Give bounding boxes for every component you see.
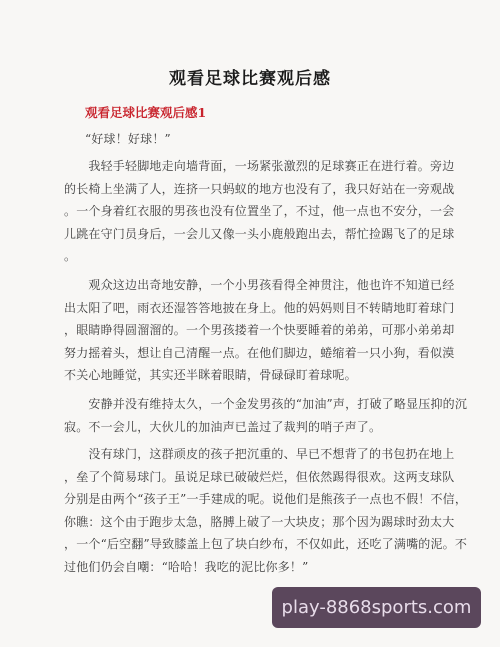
text-line: 的长椅上坐满了人，连挤一只蚂蚁的地方也没有了，我只好站在一旁观战: [64, 178, 441, 201]
text-line: 儿跳在守门员身后，一会儿又像一头小鹿般跑出去，帮忙捡踢飞了的足球: [64, 223, 441, 246]
paragraph-2: 我轻手轻脚地走向墙背面，一场紧张激烈的足球赛正在进行着。旁边 的长椅上坐满了人，…: [64, 155, 441, 268]
text-line: 出太阳了吧，雨衣还湿答答地披在身上。他的妈妈则目不转睛地盯着球门: [64, 297, 441, 320]
watermark-badge: play-8868sports.com: [272, 587, 481, 628]
document-page: 观看足球比赛观后感 观看足球比赛观后感1 “好球！好球！” 我轻手轻脚地走向墙背…: [0, 0, 500, 647]
section-heading: 观看足球比赛观后感1: [85, 103, 206, 121]
text-line: 没有球门，这群顽皮的孩子把沉重的、早已不想背了的书包扔在地上: [64, 443, 441, 466]
text-line: 不关心地睡觉，其实还半眯着眼睛，骨碌碌盯着球呢。: [64, 364, 441, 387]
text-line: 过他们仍会自嘲：“哈哈！我吃的泥比你多！”: [64, 556, 441, 579]
paragraph-5: 没有球门，这群顽皮的孩子把沉重的、早已不想背了的书包扔在地上 ，垒了个简易球门。…: [64, 443, 441, 579]
paragraph-4: 安静并没有维持太久，一个金发男孩的“加油”声，打破了略显压抑的沉 寂。不一会儿，…: [64, 393, 441, 438]
text-line: 寂。不一会儿，大伙儿的加油声已盖过了裁判的哨子声了。: [64, 416, 441, 439]
text-line: ，一个“后空翻”导致膝盖上包了块白纱布，不仅如此，还吃了满嘴的泥。不: [64, 533, 441, 556]
text-line: 观众这边出奇地安静，一个小男孩看得全神贯注，他也许不知道已经: [64, 274, 441, 297]
document-title: 观看足球比赛观后感: [0, 64, 500, 89]
text-line: “好球！好球！”: [85, 128, 462, 151]
text-line: ，眼睛睁得圆溜溜的。一个男孩搂着一个快要睡着的弟弟，可那小弟弟却: [64, 319, 441, 342]
paragraph-3: 观众这边出奇地安静，一个小男孩看得全神贯注，他也许不知道已经 出太阳了吧，雨衣还…: [64, 274, 441, 387]
text-line: 分别是由两个“孩子王”一手建成的呢。说他们是熊孩子一点也不假！不信，: [64, 488, 441, 511]
text-line: 安静并没有维持太久，一个金发男孩的“加油”声，打破了略显压抑的沉: [64, 393, 441, 416]
text-line: ，垒了个简易球门。虽说足球已破破烂烂，但依然踢得很欢。这两支球队: [64, 466, 441, 489]
text-line: 。一个身着红衣服的男孩也没有位置坐了，不过，他一点也不安分，一会: [64, 200, 441, 223]
paragraph-1: “好球！好球！”: [85, 128, 462, 151]
text-line: 。: [64, 245, 441, 268]
text-line: 你瞧：这个由于跑步太急，胳膊上破了一大块皮；那个因为踢球时劲太大: [64, 511, 441, 534]
text-line: 我轻手轻脚地走向墙背面，一场紧张激烈的足球赛正在进行着。旁边: [64, 155, 441, 178]
text-line: 努力摇着头，想让自己清醒一点。在他们脚边，蜷缩着一只小狗，看似漠: [64, 342, 441, 365]
